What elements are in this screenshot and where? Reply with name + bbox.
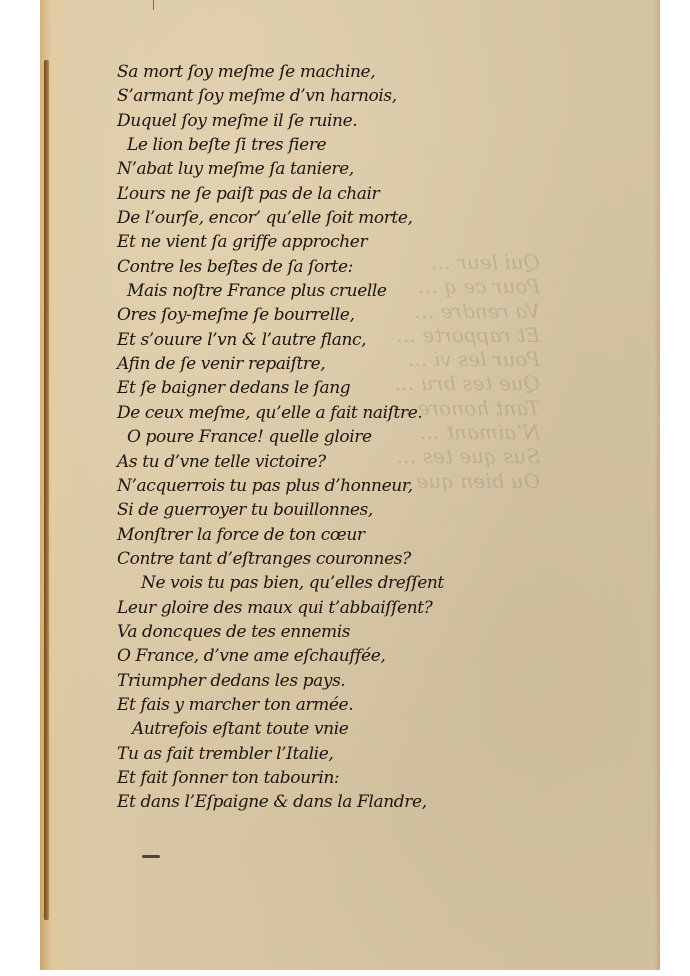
poem-line: Et fais y marcher ton armée.: [117, 693, 444, 717]
poem-line: N’acquerrois tu pas plus d’honneur,: [117, 474, 444, 498]
poem-text-block: Sa mort ſoy meſme ſe machine, S’armant ſ…: [117, 60, 444, 815]
ink-smudge: [142, 855, 160, 858]
poem-line: Contre tant d’eſtranges couronnes?: [117, 547, 444, 571]
poem-line: Et fait ſonner ton tabourin:: [117, 766, 444, 790]
bleed-through-text: Qui leur … Pour ce q … Va rendre … Et ra…: [430, 250, 540, 750]
edge-mark: [153, 0, 154, 10]
poem-line: Monſtrer la force de ton cœur: [117, 523, 444, 547]
poem-line: S’armant ſoy meſme d’vn harnois,: [117, 84, 444, 108]
poem-line: O poure France! quelle gloire: [117, 425, 444, 449]
poem-line: Si de guerroyer tu bouillonnes,: [117, 498, 444, 522]
poem-line: De l’ourſe, encor’ qu’elle ſoit morte,: [117, 206, 444, 230]
poem-line: Leur gloire des maux qui t’abbaiſſent?: [117, 596, 444, 620]
poem-line: Duquel ſoy meſme il ſe ruine.: [117, 109, 444, 133]
poem-line: Va doncques de tes ennemis: [117, 620, 444, 644]
poem-line: Le lion beſte ſi tres fiere: [117, 133, 444, 157]
poem-line: Contre les beſtes de ſa ſorte:: [117, 255, 444, 279]
poem-line: Ne vois tu pas bien, qu’elles dreſſent: [117, 571, 444, 595]
poem-line: L’ours ne ſe paiſt pas de la chair: [117, 182, 444, 206]
poem-line: Et ſe baigner dedans le ſang: [117, 376, 444, 400]
poem-line: As tu d’vne telle victoire?: [117, 450, 444, 474]
poem-line: N’abat luy meſme ſa taniere,: [117, 157, 444, 181]
poem-line: Tu as fait trembler l’Italie,: [117, 742, 444, 766]
poem-line: O France, d’vne ame eſchauffée,: [117, 644, 444, 668]
poem-line: De ceux meſme, qu’elle a fait naiſtre.: [117, 401, 444, 425]
poem-line: Et dans l’Eſpaigne & dans la Flandre,: [117, 790, 444, 814]
poem-line: Ores ſoy-meſme ſe bourrelle,: [117, 303, 444, 327]
page-edge-shadow: [654, 0, 660, 970]
book-page: Qui leur … Pour ce q … Va rendre … Et ra…: [40, 0, 660, 970]
poem-line: Autrefois eſtant toute vnie: [117, 717, 444, 741]
binding-edge: [44, 60, 49, 920]
poem-line: Afin de ſe venir repaiſtre,: [117, 352, 444, 376]
poem-line: Triumpher dedans les pays.: [117, 669, 444, 693]
poem-line: Et ne vient ſa griffe approcher: [117, 230, 444, 254]
poem-line: Sa mort ſoy meſme ſe machine,: [117, 60, 444, 84]
poem-line: Mais noſtre France plus cruelle: [117, 279, 444, 303]
poem-line: Et s’ouure l’vn & l’autre flanc,: [117, 328, 444, 352]
